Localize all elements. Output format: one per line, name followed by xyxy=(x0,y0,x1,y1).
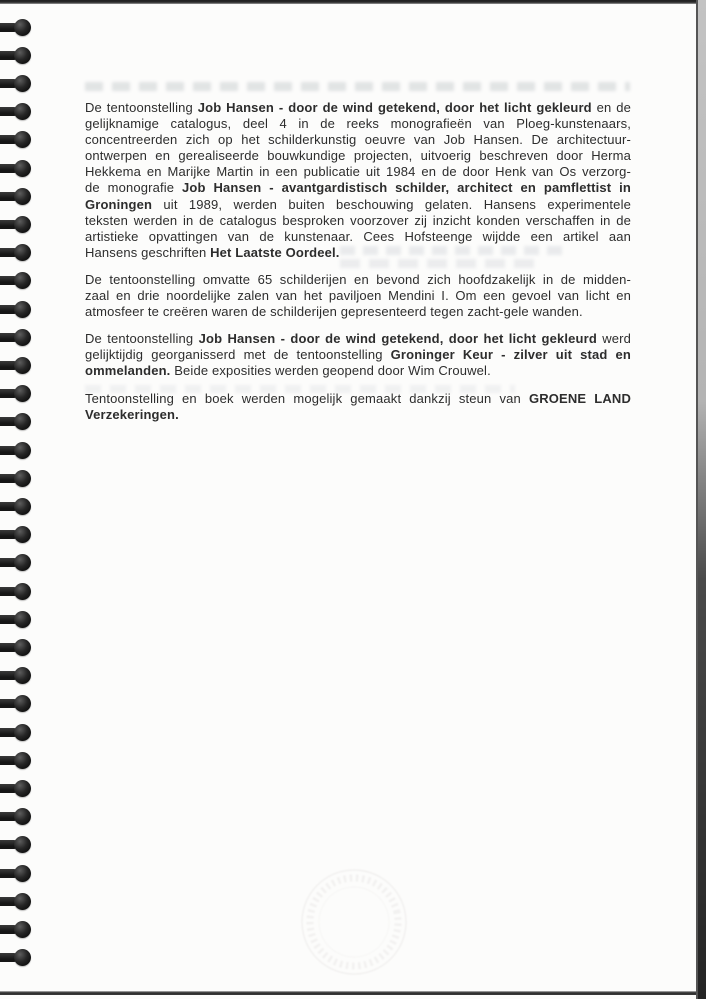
binding-ring xyxy=(0,498,34,515)
body-text: werd xyxy=(597,331,631,346)
text-line: Groningen uit 1989, werden buiten bescho… xyxy=(85,197,631,213)
bold-text: Groningen xyxy=(85,197,152,212)
body-text: en de xyxy=(592,100,631,115)
bold-text: GROENE LAND xyxy=(529,391,631,406)
binding-ring xyxy=(0,357,34,374)
body-text: gelijknamige catalogus, deel 4 in de ree… xyxy=(85,116,631,131)
binding-ring xyxy=(0,583,34,600)
binding-ring xyxy=(0,244,34,261)
binding-ring xyxy=(0,554,34,571)
body-text: Beide exposities werden geopend door Wim… xyxy=(170,363,490,378)
body-text: Tentoonstelling en boek werden mogelijk … xyxy=(85,391,529,406)
body-text: De tentoonstelling xyxy=(85,100,198,115)
binding-ring-knob xyxy=(14,667,31,684)
text-line: Tentoonstelling en boek werden mogelijk … xyxy=(85,391,631,407)
binding-ring-knob xyxy=(14,470,31,487)
page-right-shadow xyxy=(698,0,706,999)
binding-ring-knob xyxy=(14,836,31,853)
text-line: gelijktijdig georganisserd met de tentoo… xyxy=(85,347,631,363)
binding-ring xyxy=(0,893,34,910)
body-text: ontwerpen en gerealiseerde bouwkundige p… xyxy=(85,148,631,163)
binding-ring xyxy=(0,47,34,64)
bold-text: Job Hansen - avantgardistisch schilder, … xyxy=(182,180,631,195)
paragraph: De tentoonstelling Job Hansen - door de … xyxy=(85,100,631,261)
body-text: de monografie xyxy=(85,180,182,195)
text-line: teksten werden in de catalogus besproken… xyxy=(85,213,631,229)
binding-ring-knob xyxy=(14,752,31,769)
text-line: De tentoonstelling omvatte 65 schilderij… xyxy=(85,272,631,288)
binding-ring-knob xyxy=(14,47,31,64)
body-text: Hansens geschriften xyxy=(85,245,210,260)
text-line: de monografie Job Hansen - avantgardisti… xyxy=(85,180,631,196)
binding-ring xyxy=(0,808,34,825)
text-line: zaal en drie noordelijke zalen van het p… xyxy=(85,288,631,304)
binding-ring xyxy=(0,385,34,402)
binding-ring xyxy=(0,413,34,430)
binding-ring-knob xyxy=(14,865,31,882)
binding-ring xyxy=(0,639,34,656)
binding-ring-knob xyxy=(14,893,31,910)
binding-ring xyxy=(0,667,34,684)
binding-ring-knob xyxy=(14,160,31,177)
binding-ring-knob xyxy=(14,949,31,966)
binding-ring-knob xyxy=(14,244,31,261)
binding-ring xyxy=(0,780,34,797)
paper-sheet: De tentoonstelling Job Hansen - door de … xyxy=(0,0,706,999)
bold-text: Verzekeringen. xyxy=(85,407,179,422)
binding-ring-knob xyxy=(14,498,31,515)
binding-ring xyxy=(0,724,34,741)
binding-ring-knob xyxy=(14,695,31,712)
binding-ring-knob xyxy=(14,216,31,233)
body-text: zaal en drie noordelijke zalen van het p… xyxy=(85,288,631,303)
body-text: De tentoonstelling xyxy=(85,331,199,346)
body-text: concentreerden zich op het schilderkunst… xyxy=(85,132,631,147)
binding-ring-knob xyxy=(14,385,31,402)
binding-ring-knob xyxy=(14,921,31,938)
binding-ring xyxy=(0,526,34,543)
binding-ring xyxy=(0,188,34,205)
binding-ring xyxy=(0,611,34,628)
body-text: atmosfeer te creëren waren de schilderij… xyxy=(85,304,583,319)
binding-ring xyxy=(0,19,34,36)
bold-text: ommelanden. xyxy=(85,363,170,378)
bold-text: Job Hansen - door de wind getekend, door… xyxy=(199,331,597,346)
binding-ring xyxy=(0,949,34,966)
bleed-through-text xyxy=(85,82,630,91)
binding-ring xyxy=(0,921,34,938)
spiral-binding xyxy=(0,0,36,999)
faint-stamp xyxy=(295,863,413,981)
body-text: gelijktijdig georganisserd met de tentoo… xyxy=(85,347,391,362)
binding-ring-knob xyxy=(14,329,31,346)
body-text: De tentoonstelling omvatte 65 schilderij… xyxy=(85,272,631,287)
binding-ring xyxy=(0,160,34,177)
bold-text: Groninger Keur - zilver uit stad en xyxy=(391,347,631,362)
bold-text: Het Laatste Oordeel. xyxy=(210,245,339,260)
body-text: Hekkema en Marijke Martin in een publica… xyxy=(85,164,631,179)
scanned-document-page: { "document": { "language": "nl", "parag… xyxy=(0,0,706,999)
binding-ring xyxy=(0,836,34,853)
binding-ring xyxy=(0,75,34,92)
binding-ring-knob xyxy=(14,357,31,374)
text-line: artistieke opvattingen van de kunstenaar… xyxy=(85,229,631,245)
text-line: De tentoonstelling Job Hansen - door de … xyxy=(85,331,631,347)
paragraph: Tentoonstelling en boek werden mogelijk … xyxy=(85,391,631,423)
binding-ring-knob xyxy=(14,554,31,571)
text-line: Hansens geschriften Het Laatste Oordeel. xyxy=(85,245,631,261)
binding-ring-knob xyxy=(14,611,31,628)
text-line: De tentoonstelling Job Hansen - door de … xyxy=(85,100,631,116)
text-line: atmosfeer te creëren waren de schilderij… xyxy=(85,304,631,320)
binding-ring-knob xyxy=(14,583,31,600)
binding-ring-knob xyxy=(14,19,31,36)
text-line: concentreerden zich op het schilderkunst… xyxy=(85,132,631,148)
binding-ring-knob xyxy=(14,413,31,430)
binding-ring xyxy=(0,752,34,769)
binding-ring-knob xyxy=(14,526,31,543)
binding-ring xyxy=(0,131,34,148)
paragraph: De tentoonstelling omvatte 65 schilderij… xyxy=(85,272,631,320)
body-text: artistieke opvattingen van de kunstenaar… xyxy=(85,229,631,244)
binding-ring xyxy=(0,301,34,318)
binding-ring-knob xyxy=(14,103,31,120)
paragraph: De tentoonstelling Job Hansen - door de … xyxy=(85,331,631,379)
binding-ring-knob xyxy=(14,301,31,318)
binding-ring-knob xyxy=(14,808,31,825)
binding-ring-knob xyxy=(14,442,31,459)
binding-ring-knob xyxy=(14,780,31,797)
document-text: De tentoonstelling Job Hansen - door de … xyxy=(85,100,631,434)
text-line: ommelanden. Beide exposities werden geop… xyxy=(85,363,631,379)
binding-ring-knob xyxy=(14,724,31,741)
binding-ring-knob xyxy=(14,131,31,148)
binding-ring xyxy=(0,470,34,487)
binding-ring-knob xyxy=(14,188,31,205)
binding-ring xyxy=(0,216,34,233)
binding-ring xyxy=(0,865,34,882)
binding-ring xyxy=(0,442,34,459)
binding-ring xyxy=(0,103,34,120)
binding-ring xyxy=(0,272,34,289)
page-top-edge xyxy=(0,0,706,4)
text-line: Hekkema en Marijke Martin in een publica… xyxy=(85,164,631,180)
text-line: gelijknamige catalogus, deel 4 in de ree… xyxy=(85,116,631,132)
body-text: teksten werden in de catalogus besproken… xyxy=(85,213,631,228)
text-line: ontwerpen en gerealiseerde bouwkundige p… xyxy=(85,148,631,164)
binding-ring-knob xyxy=(14,272,31,289)
binding-ring xyxy=(0,329,34,346)
text-line: Verzekeringen. xyxy=(85,407,631,423)
bold-text: Job Hansen - door de wind getekend, door… xyxy=(198,100,592,115)
binding-ring xyxy=(0,695,34,712)
binding-ring-knob xyxy=(14,639,31,656)
binding-ring-knob xyxy=(14,75,31,92)
body-text: uit 1989, werden buiten beschouwing gela… xyxy=(152,197,631,212)
page-bottom-edge xyxy=(0,991,699,995)
